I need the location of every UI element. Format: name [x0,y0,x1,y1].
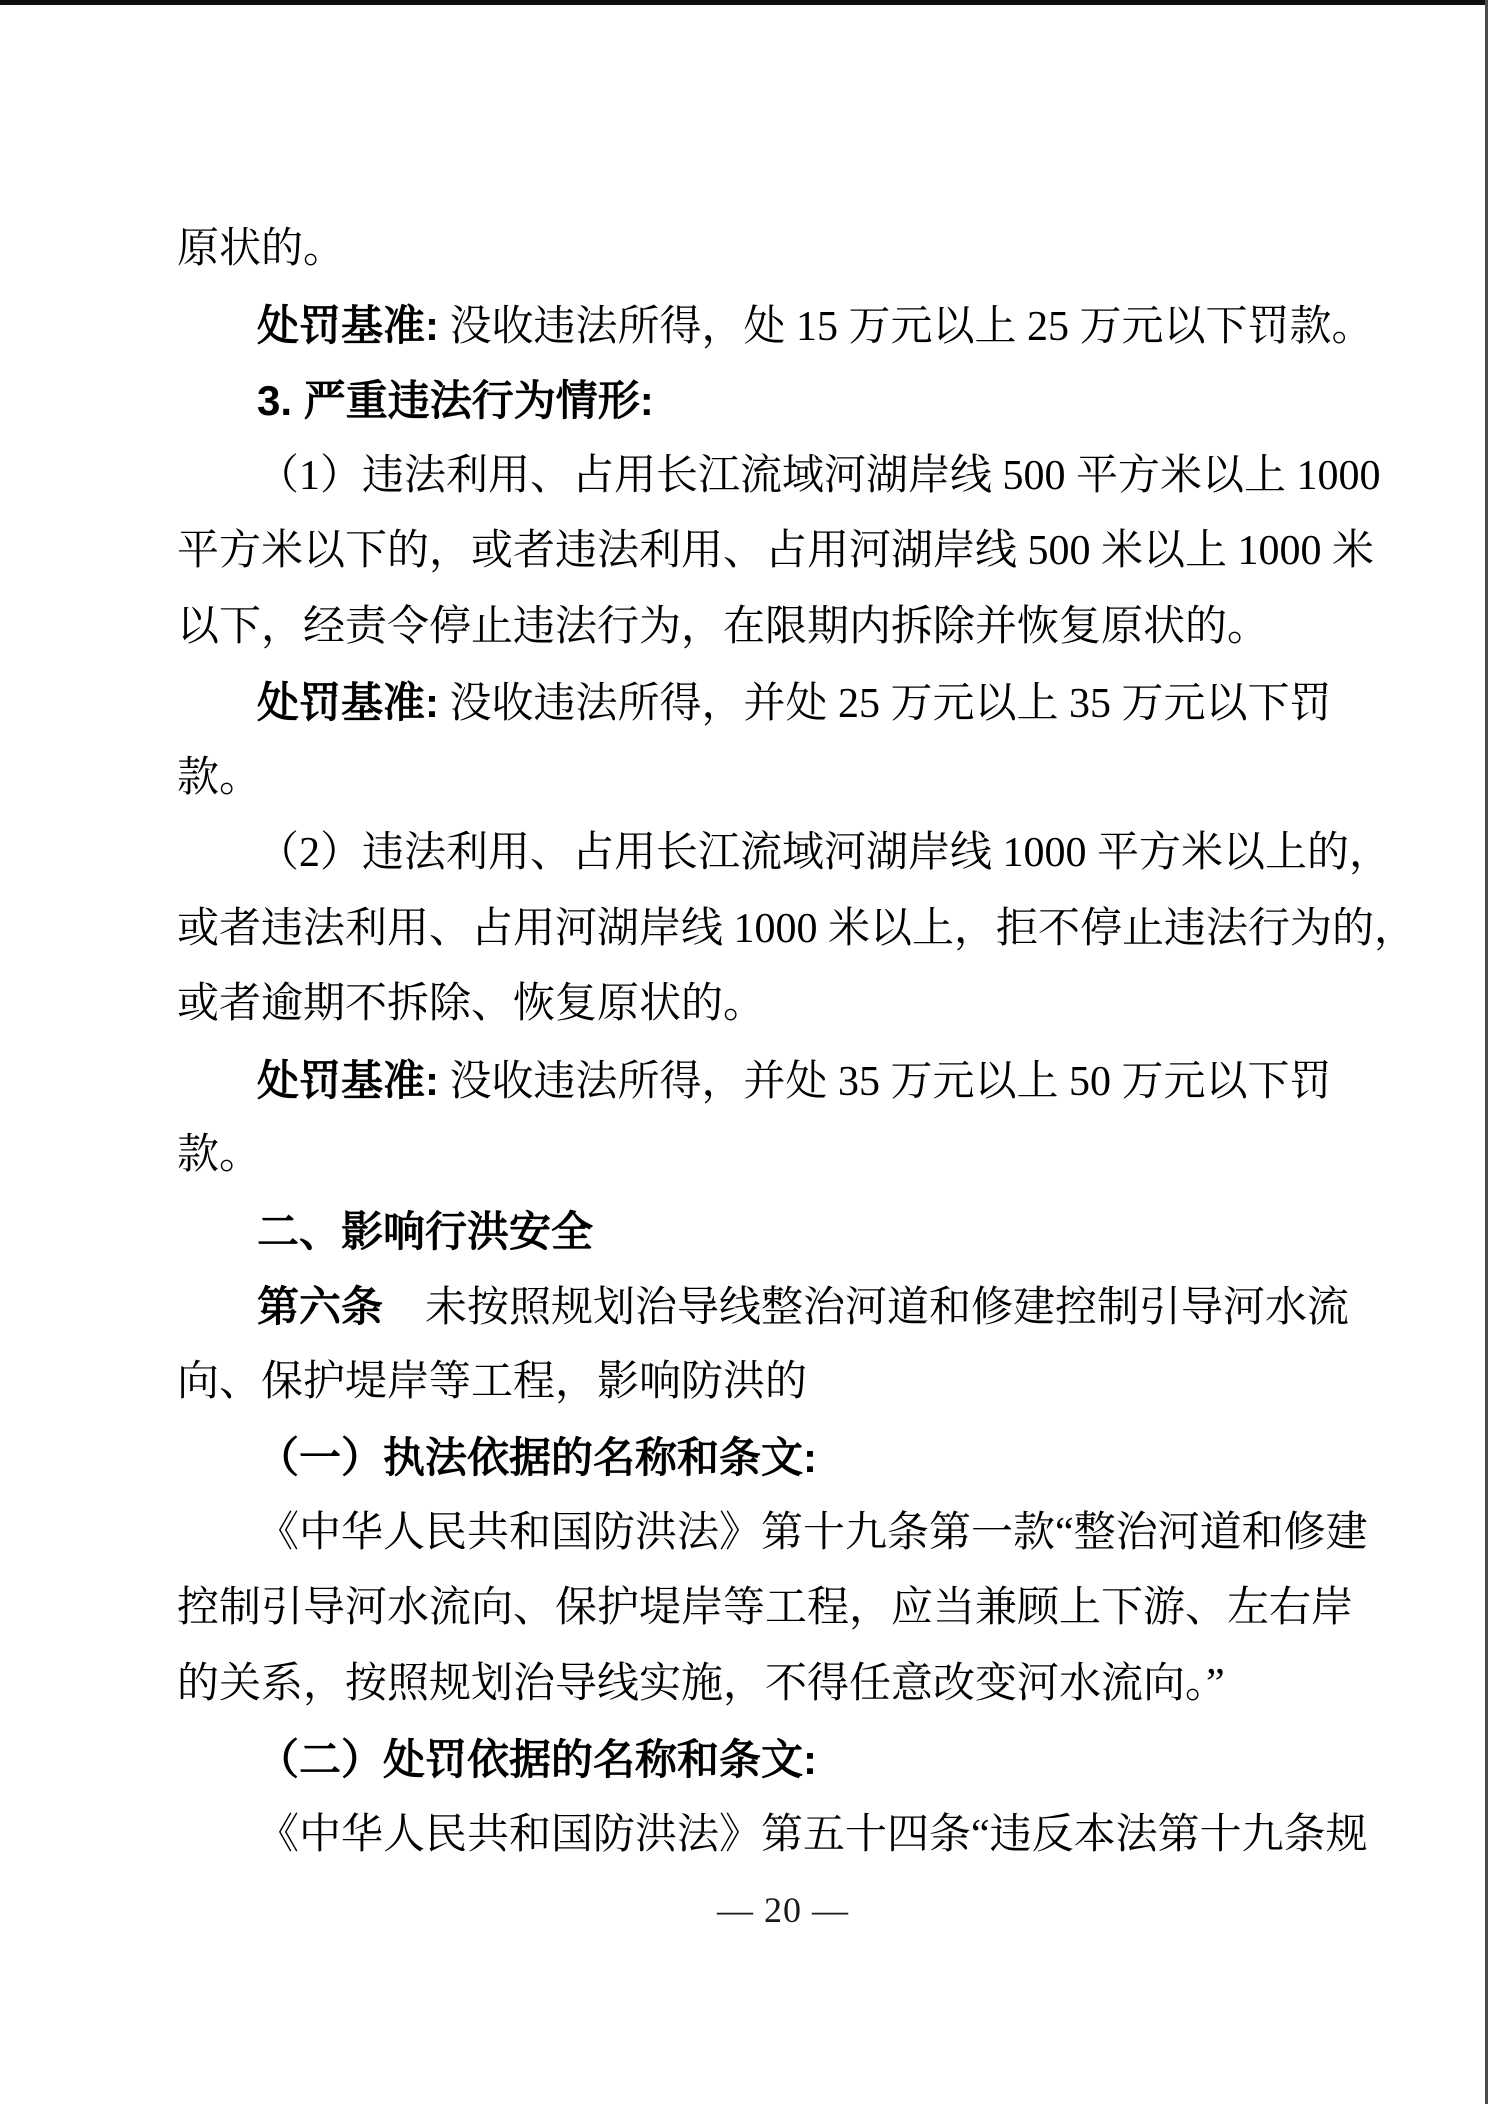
body-text: 以下，经责令停止违法行为，在限期内拆除并恢复原状的。 [177,604,1269,650]
body-text: 款。 [177,755,261,801]
body-text: 向、保护堤岸等工程，影响防洪的 [177,1359,807,1405]
text-line-4: （1）违法利用、占用长江流域河湖岸线 500 平方米以上 1000 [177,439,1377,515]
body-text: 未按照规划治导线整治河道和修建控制引导河水流 [383,1285,1349,1331]
body-text: 《中华人民共和国防洪法》第五十四条“违反本法第十九条规 [257,1812,1368,1858]
body-text: 款。 [177,1132,261,1178]
text-line-21: （二）处罚依据的名称和条文: [177,1722,1377,1798]
text-line-13: 款。 [177,1118,1377,1194]
body-text: 没收违法所得，并处 35 万元以上 50 万元以下罚 [439,1059,1332,1105]
page-number: — 20 — [78,1873,1488,1947]
text-line-11: 或者逾期不拆除、恢复原状的。 [177,967,1377,1043]
text-line-7: 处罚基准: 没收违法所得，并处 25 万元以上 35 万元以下罚 [177,665,1377,741]
body-text: 没收违法所得，处 15 万元以上 25 万元以下罚款。 [439,304,1374,350]
text-line-22: 《中华人民共和国防洪法》第五十四条“违反本法第十九条规 [177,1798,1377,1874]
document-page: 原状的。处罚基准: 没收违法所得，处 15 万元以上 25 万元以下罚款。3. … [0,0,1488,2104]
body-text: 没收违法所得，并处 25 万元以上 35 万元以下罚 [439,681,1332,727]
body-text: 原状的。 [177,226,345,272]
emphasis-text: 二、影响行洪安全 [257,1208,593,1255]
emphasis-text: 处罚基准: [257,302,439,349]
body-text: 或者逾期不拆除、恢复原状的。 [177,981,765,1027]
emphasis-text: 第六条 [257,1283,383,1330]
text-line-8: 款。 [177,741,1377,817]
text-line-16: 向、保护堤岸等工程，影响防洪的 [177,1345,1377,1421]
emphasis-text: 处罚基准: [257,1057,439,1104]
emphasis-text: 3. 严重违法行为情形: [257,377,654,424]
body-text: （1）违法利用、占用长江流域河湖岸线 500 平方米以上 1000 [257,453,1381,499]
text-line-2: 处罚基准: 没收违法所得，处 15 万元以上 25 万元以下罚款。 [177,288,1377,364]
document-body: 原状的。处罚基准: 没收违法所得，处 15 万元以上 25 万元以下罚款。3. … [177,212,1377,1873]
text-line-14: 二、影响行洪安全 [177,1194,1377,1270]
text-line-6: 以下，经责令停止违法行为，在限期内拆除并恢复原状的。 [177,590,1377,666]
text-line-19: 控制引导河水流向、保护堤岸等工程，应当兼顾上下游、左右岸 [177,1571,1377,1647]
body-text: 的关系，按照规划治导线实施，不得任意改变河水流向。” [177,1661,1225,1707]
body-text: （2）违法利用、占用长江流域河湖岸线 1000 平方米以上的， [257,830,1391,876]
emphasis-text: （二）处罚依据的名称和条文: [257,1736,817,1783]
emphasis-text: （一）执法依据的名称和条文: [257,1434,817,1481]
top-edge-border [0,0,1488,5]
body-text: 或者违法利用、占用河湖岸线 1000 米以上，拒不停止违法行为的， [177,906,1416,952]
text-line-9: （2）违法利用、占用长江流域河湖岸线 1000 平方米以上的， [177,816,1377,892]
text-line-17: （一）执法依据的名称和条文: [177,1420,1377,1496]
text-line-20: 的关系，按照规划治导线实施，不得任意改变河水流向。” [177,1647,1377,1723]
text-line-1: 原状的。 [177,212,1377,288]
body-text: 控制引导河水流向、保护堤岸等工程，应当兼顾上下游、左右岸 [177,1585,1353,1631]
text-line-5: 平方米以下的，或者违法利用、占用河湖岸线 500 米以上 1000 米 [177,514,1377,590]
body-text: 《中华人民共和国防洪法》第十九条第一款“整治河道和修建 [257,1510,1368,1556]
body-text: 平方米以下的，或者违法利用、占用河湖岸线 500 米以上 1000 米 [177,528,1374,574]
text-line-12: 处罚基准: 没收违法所得，并处 35 万元以上 50 万元以下罚 [177,1043,1377,1119]
text-line-3: 3. 严重违法行为情形: [177,363,1377,439]
text-line-18: 《中华人民共和国防洪法》第十九条第一款“整治河道和修建 [177,1496,1377,1572]
emphasis-text: 处罚基准: [257,679,439,726]
text-line-15: 第六条 未按照规划治导线整治河道和修建控制引导河水流 [177,1269,1377,1345]
text-line-10: 或者违法利用、占用河湖岸线 1000 米以上，拒不停止违法行为的， [177,892,1377,968]
